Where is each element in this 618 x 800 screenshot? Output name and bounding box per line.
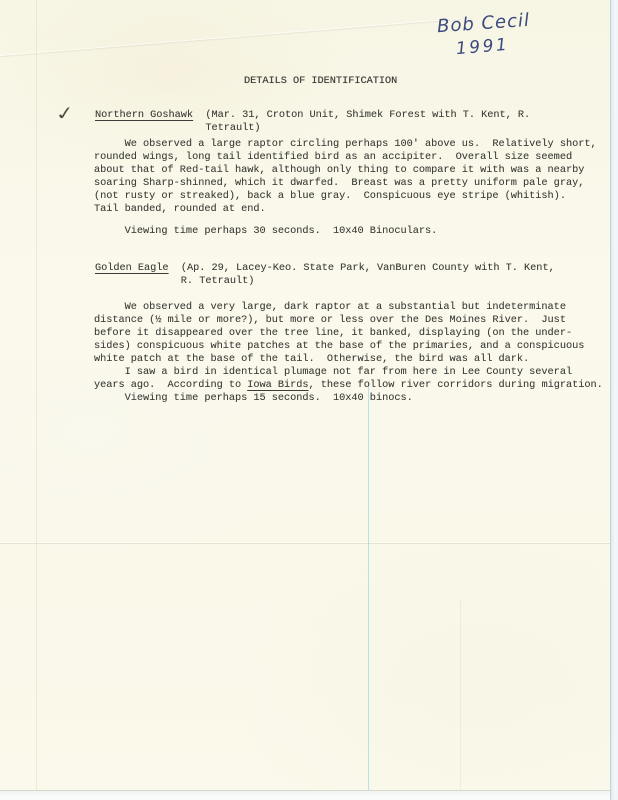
section-body-golden-eagle: We observed a very large, dark raptor at… bbox=[94, 301, 603, 405]
paper-streak-right bbox=[460, 600, 461, 790]
species-name-golden-eagle: Golden Eagle bbox=[95, 262, 169, 274]
section-heading-golden-eagle: Golden Eagle (Ap. 29, Lacey-Keo. State P… bbox=[95, 262, 555, 288]
book-reference-iowa-birds: Iowa Birds bbox=[247, 379, 308, 391]
scanner-bed-bottom-edge bbox=[0, 790, 610, 800]
checkmark-annotation: ✓ bbox=[54, 102, 77, 126]
body-text-before-reference: We observed a very large, dark raptor at… bbox=[94, 301, 584, 391]
section-body-northern-goshawk: We observed a large raptor circling perh… bbox=[94, 138, 597, 216]
scanner-bed-right-edge bbox=[610, 0, 618, 800]
document-title: DETAILS OF IDENTIFICATION bbox=[244, 75, 397, 88]
paper-streak-left bbox=[36, 0, 37, 790]
section-heading-northern-goshawk: Northern Goshawk (Mar. 31, Croton Unit, … bbox=[95, 109, 530, 135]
scan-artifact-line bbox=[368, 382, 369, 790]
species-name-northern-goshawk: Northern Goshawk bbox=[95, 109, 193, 121]
viewing-note-northern-goshawk: Viewing time perhaps 30 seconds. 10x40 B… bbox=[94, 225, 437, 238]
paper-fold-crease bbox=[0, 543, 610, 544]
